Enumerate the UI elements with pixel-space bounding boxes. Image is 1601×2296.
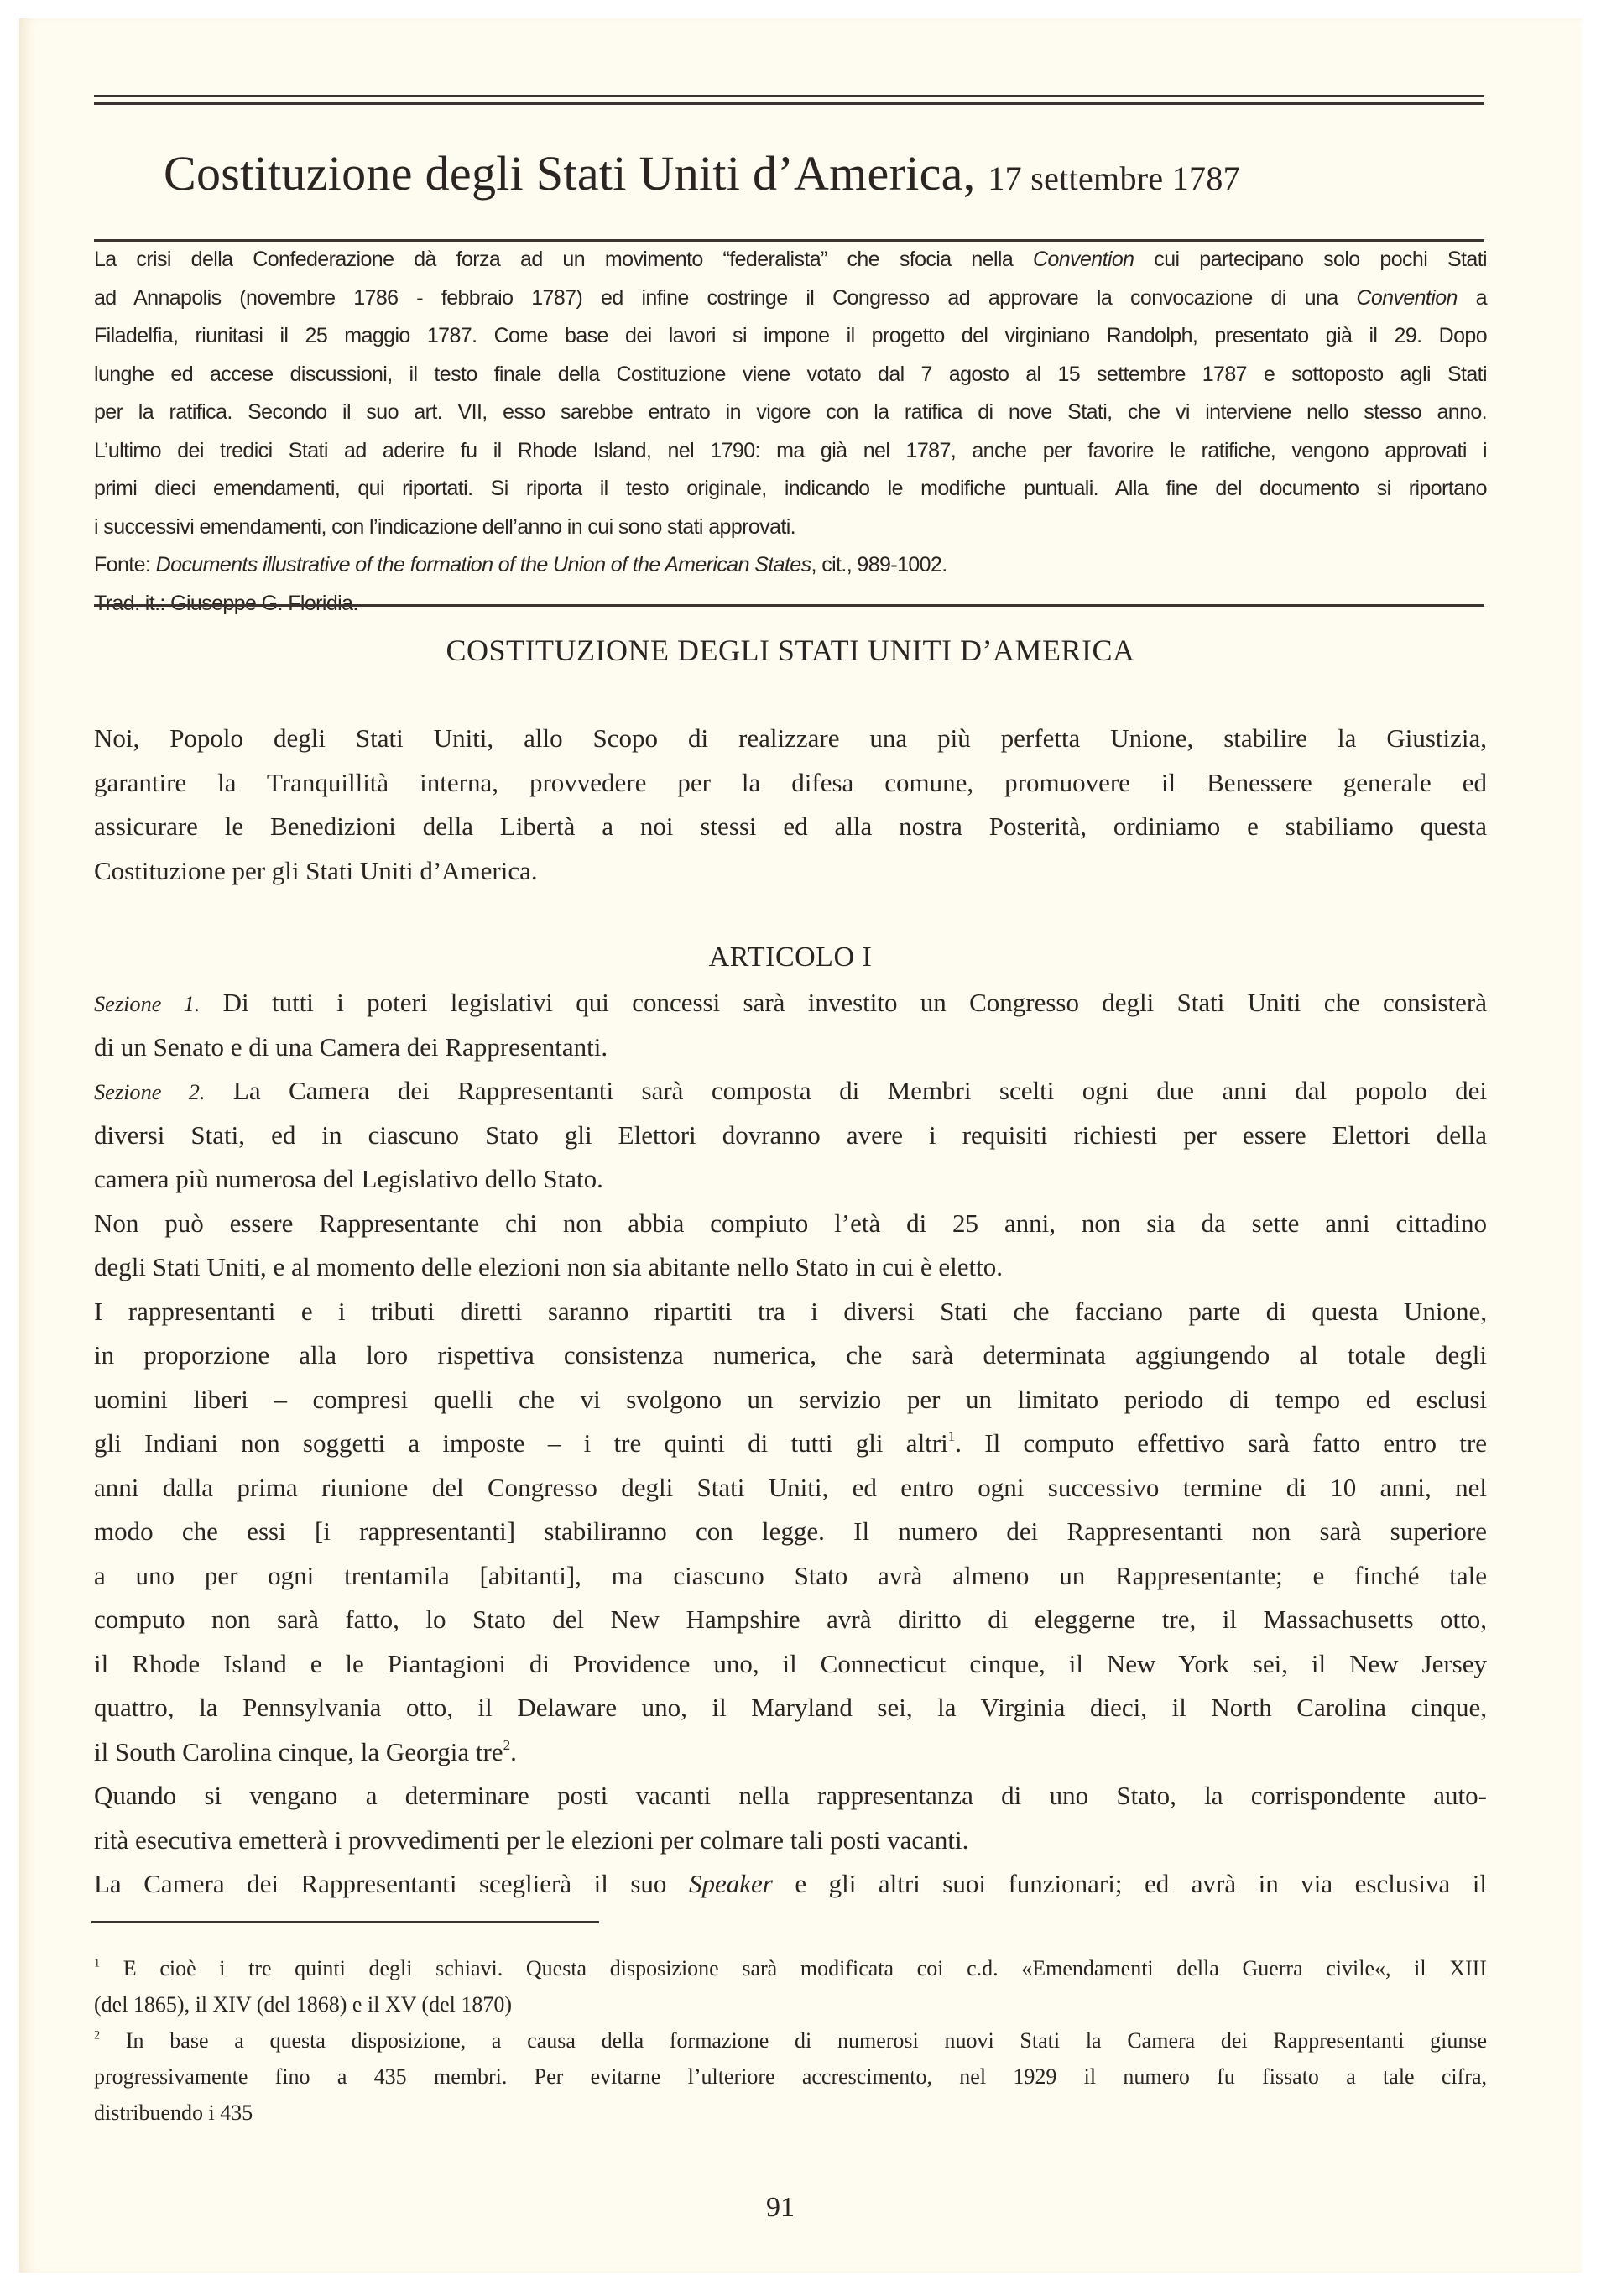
article-1-body: Sezione 1. Di tutti i poteri legislativi… <box>94 981 1487 1907</box>
section-2-line: I rappresentanti e i tributi diretti sar… <box>94 1290 1487 1334</box>
preamble-line: Costituzione per gli Stati Uniti d’Ameri… <box>94 849 1487 894</box>
top-double-rule-upper <box>94 95 1484 97</box>
footnote-2-line: distribuendo i 435 <box>94 2095 1487 2131</box>
section-1-line: di un Senato e di una Camera dei Rappres… <box>94 1025 1487 1070</box>
intro-line: primi dieci emendamenti, qui riportati. … <box>94 470 1487 509</box>
footnote-2-line: 2 In base a questa disposizione, a causa… <box>94 2022 1487 2059</box>
section-2-line: camera più numerosa del Legislativo dell… <box>94 1157 1487 1202</box>
preamble: Noi, Popolo degli Stati Uniti, allo Scop… <box>94 717 1487 893</box>
footnote-1-line: 1 E cioè i tre quinti degli schiavi. Que… <box>94 1950 1487 1986</box>
intro-note: La crisi della Confederazione dà forza a… <box>94 241 1487 623</box>
intro-source: Fonte: Documents illustrative of the for… <box>94 546 1487 585</box>
intro-line: i successivi emendamenti, con l’indicazi… <box>94 509 1487 547</box>
section-1-line: Sezione 1. Di tutti i poteri legislativi… <box>94 981 1487 1025</box>
intro-line: per la ratifica. Secondo il suo art. VII… <box>94 394 1487 432</box>
title-text: Costituzione degli Stati Uniti d’America… <box>164 146 976 201</box>
book-page: Costituzione degli Stati Uniti d’America… <box>19 18 1582 2273</box>
footnotes: 1 E cioè i tre quinti degli schiavi. Que… <box>94 1950 1487 2131</box>
document-heading: COSTITUZIONE DEGLI STATI UNITI D’AMERICA <box>94 633 1487 668</box>
footnote-2-line: progressivamente fino a 435 membri. Per … <box>94 2059 1487 2095</box>
footnote-ref-2[interactable]: 2 <box>503 1737 511 1753</box>
intro-line: La crisi della Confederazione dà forza a… <box>94 241 1487 279</box>
preamble-line: assicurare le Benedizioni della Libertà … <box>94 805 1487 849</box>
preamble-line: Noi, Popolo degli Stati Uniti, allo Scop… <box>94 717 1487 761</box>
section-2-line: Quando si vengano a determinare posti va… <box>94 1774 1487 1819</box>
article-heading: ARTICOLO I <box>94 942 1487 973</box>
intro-line: Filadelfia, riunitasi il 25 maggio 1787.… <box>94 317 1487 356</box>
section-2-line: il South Carolina cinque, la Georgia tre… <box>94 1730 1487 1775</box>
section-2-line: rità esecutiva emetterà i provvedimenti … <box>94 1819 1487 1863</box>
section-2-line: gli Indiani non soggetti a imposte – i t… <box>94 1422 1487 1466</box>
section-2-line: a uno per ogni trentamila [abitanti], ma… <box>94 1554 1487 1599</box>
title-date: 17 settembre 1787 <box>988 159 1240 197</box>
page-title: Costituzione degli Stati Uniti d’America… <box>164 144 1422 208</box>
section-2-line: anni dalla prima riunione del Congresso … <box>94 1466 1487 1511</box>
footnote-ref-1[interactable]: 1 <box>948 1428 956 1444</box>
section-2-line: modo che essi [i rappresentanti] stabili… <box>94 1510 1487 1554</box>
section-2-line: il Rhode Island e le Piantagioni di Prov… <box>94 1642 1487 1687</box>
section-2-line: quattro, la Pennsylvania otto, il Delawa… <box>94 1686 1487 1730</box>
section-2-line: computo non sarà fatto, lo Stato del New… <box>94 1598 1487 1642</box>
section-1-label: Sezione 1. <box>94 992 200 1016</box>
intro-line: ad Annapolis (novembre 1786 - febbraio 1… <box>94 279 1487 318</box>
source-title: Documents illustrative of the formation … <box>156 553 811 577</box>
section-2-line: degli Stati Uniti, e al momento delle el… <box>94 1245 1487 1290</box>
section-2-line: diversi Stati, ed in ciascuno Stato gli … <box>94 1114 1487 1158</box>
speaker-term: Speaker <box>689 1869 773 1898</box>
page-number: 91 <box>738 2192 822 2224</box>
section-2-line: Non può essere Rappresentante chi non ab… <box>94 1202 1487 1246</box>
preamble-line: garantire la Tranquillità interna, provv… <box>94 761 1487 806</box>
section-2-label: Sezione 2. <box>94 1080 206 1104</box>
top-double-rule-lower <box>94 102 1484 105</box>
intro-bottom-rule <box>94 604 1484 607</box>
intro-line: L’ultimo dei tredici Stati ad aderire fu… <box>94 432 1487 471</box>
intro-line: lunghe ed accese discussioni, il testo f… <box>94 356 1487 394</box>
section-2-line: uomini liberi – compresi quelli che vi s… <box>94 1378 1487 1422</box>
section-2-line: La Camera dei Rappresentanti sceglierà i… <box>94 1862 1487 1907</box>
section-2-line: Sezione 2. La Camera dei Rappresentanti … <box>94 1069 1487 1114</box>
footnote-1-line: (del 1865), il XIV (del 1868) e il XV (d… <box>94 1986 1487 2022</box>
section-2-line: in proporzione alla loro rispettiva cons… <box>94 1333 1487 1378</box>
footnote-separator <box>91 1921 599 1923</box>
